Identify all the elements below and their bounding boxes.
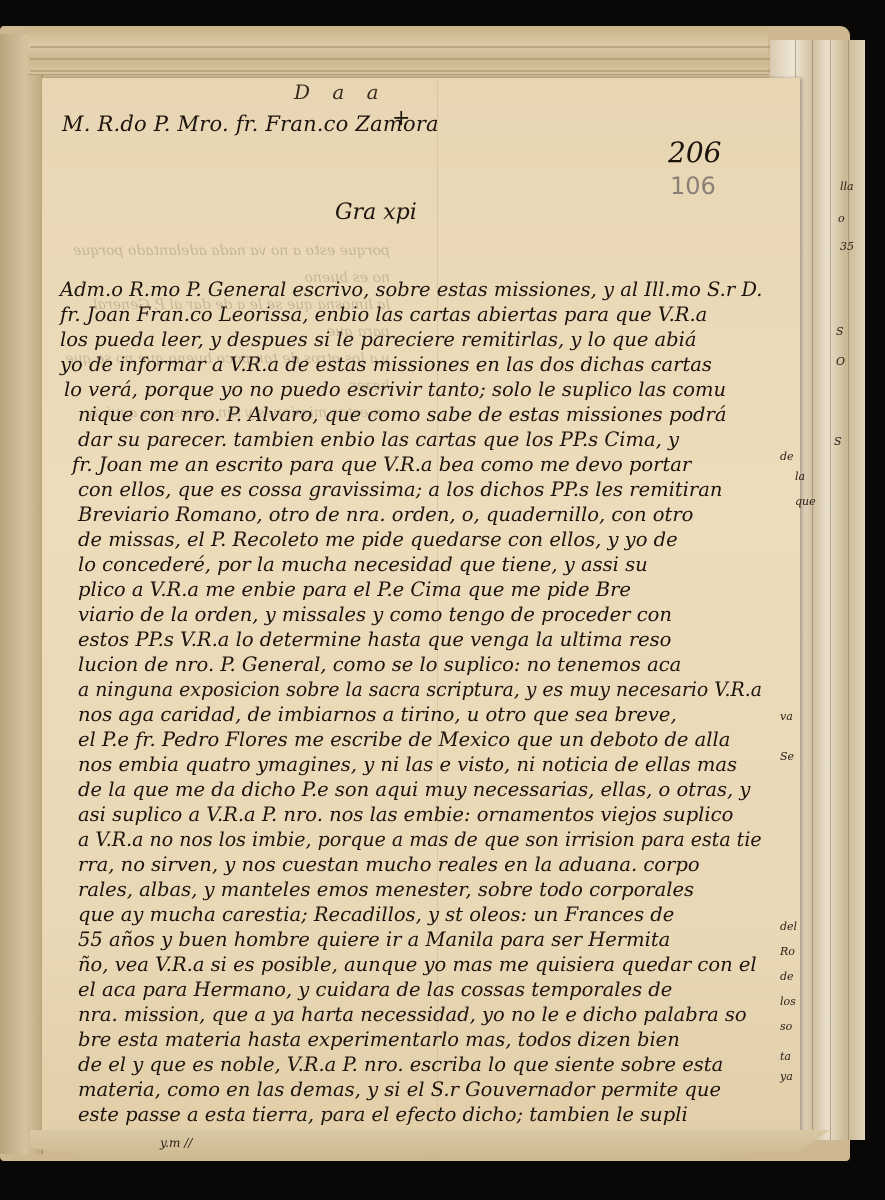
body-line: este passe a esta tierra, para el efecto… <box>78 1103 688 1126</box>
body-line: ño, vea V.R.a si es posible, aunque yo m… <box>78 953 757 976</box>
folio-number-pencil: 106 <box>670 172 716 200</box>
body-line: dar su parecer. tambien enbio las cartas… <box>78 428 679 451</box>
addressee-header: M. R.do P. Mro. fr. Fran.co Zamora <box>62 112 439 136</box>
body-line: fr. Joan Fran.co Leorissa, enbio las car… <box>60 303 707 326</box>
body-line: de la que me da dicho P.e son aqui muy n… <box>78 778 750 801</box>
margin-note: de <box>780 970 794 983</box>
margin-note: ta <box>780 1050 791 1063</box>
margin-note: S <box>836 325 844 338</box>
body-line: nos aga caridad, de imbiarnos a tirino, … <box>78 703 677 726</box>
body-line: asi suplico a V.R.a P. nro. nos las embi… <box>78 803 733 826</box>
body-line: fr. Joan me an escrito para que V.R.a be… <box>72 453 691 476</box>
body-line: 55 años y buen hombre quiere ir a Manila… <box>78 928 670 951</box>
body-line: bre esta materia hasta experimentarlo ma… <box>78 1028 680 1051</box>
body-line: rra, no sirven, y nos cuestan mucho real… <box>78 853 700 876</box>
margin-note: lla <box>840 180 854 193</box>
body-line: nique con nro. P. Alvaro, que como sabe … <box>78 403 727 426</box>
leaf-edge <box>848 40 849 1140</box>
margin-note: va <box>780 710 793 723</box>
margin-note: del <box>780 920 797 933</box>
body-line: de missas, el P. Recoleto me pide quedar… <box>78 528 678 551</box>
body-line: lo concederé, por la mucha necesidad que… <box>78 553 648 576</box>
margin-note: Ro <box>780 945 795 958</box>
folio-number-ink: 206 <box>668 136 721 169</box>
bottom-scrap-text: y.m // <box>160 1136 192 1150</box>
margin-note: ya <box>780 1070 793 1083</box>
body-line: nos embia quatro ymagines, y ni las e vi… <box>78 753 737 776</box>
body-line: que ay mucha carestia; Recadillos, y st … <box>78 903 674 926</box>
body-line: nra. mission, que a ya harta necessidad,… <box>78 1003 747 1026</box>
margin-note: 35 <box>840 240 854 253</box>
body-line: Breviario Romano, otro de nra. orden, o,… <box>78 503 693 526</box>
page-edge-line <box>30 70 770 72</box>
body-line: Adm.o R.mo P. General escrivo, sobre est… <box>60 278 762 301</box>
body-line: rales, albas, y manteles emos menester, … <box>78 878 694 901</box>
margin-note: O <box>836 355 845 368</box>
page-edge-line <box>30 46 770 48</box>
margin-note: de <box>780 450 794 463</box>
salutation: Gra xpi <box>335 200 417 225</box>
margin-note: o <box>838 212 845 225</box>
body-line: lucion de nro. P. General, como se lo su… <box>78 653 681 676</box>
body-line: de el y que es noble, V.R.a P. nro. escr… <box>78 1053 723 1076</box>
page-edge-line <box>30 58 770 60</box>
body-line: el aca para Hermano, y cuidara de las co… <box>78 978 672 1001</box>
body-line: a ninguna exposicion sobre la sacra scri… <box>78 678 762 701</box>
body-line: viario de la orden, y missales y como te… <box>78 603 672 626</box>
body-line: lo verá, porque yo no puedo escrivir tan… <box>64 378 726 401</box>
margin-note: so <box>780 1020 792 1033</box>
cut-off-text: D a a <box>294 80 387 104</box>
margin-note: que <box>795 495 816 508</box>
manuscript-page: porque esto a no va nada adelantado porq… <box>42 78 800 1134</box>
margin-note: los <box>780 995 796 1008</box>
leaf-edge <box>812 40 813 1140</box>
body-line: a V.R.a no nos los imbie, porque a mas d… <box>78 828 762 851</box>
body-line: materia, como en las demas, y si el S.r … <box>78 1078 721 1101</box>
margin-note: la <box>795 470 805 483</box>
body-line: el P.e fr. Pedro Flores me escribe de Me… <box>78 728 730 751</box>
body-line: plico a V.R.a me enbie para el P.e Cima … <box>78 578 631 601</box>
body-line: yo de informar a V.R.a de estas missione… <box>60 353 712 376</box>
stacked-page-edges <box>28 26 768 75</box>
body-line: estos PP.s V.R.a lo determine hasta que … <box>78 628 671 651</box>
body-line: los pueda leer, y despues si le parecier… <box>60 328 697 351</box>
leaf-edge <box>830 40 831 1140</box>
margin-note: Se <box>780 750 794 763</box>
margin-note: S <box>834 435 842 448</box>
left-facing-leaf <box>0 34 43 1154</box>
cross-mark: + <box>392 106 410 131</box>
body-line: con ellos, que es cossa gravissima; a lo… <box>78 478 722 501</box>
